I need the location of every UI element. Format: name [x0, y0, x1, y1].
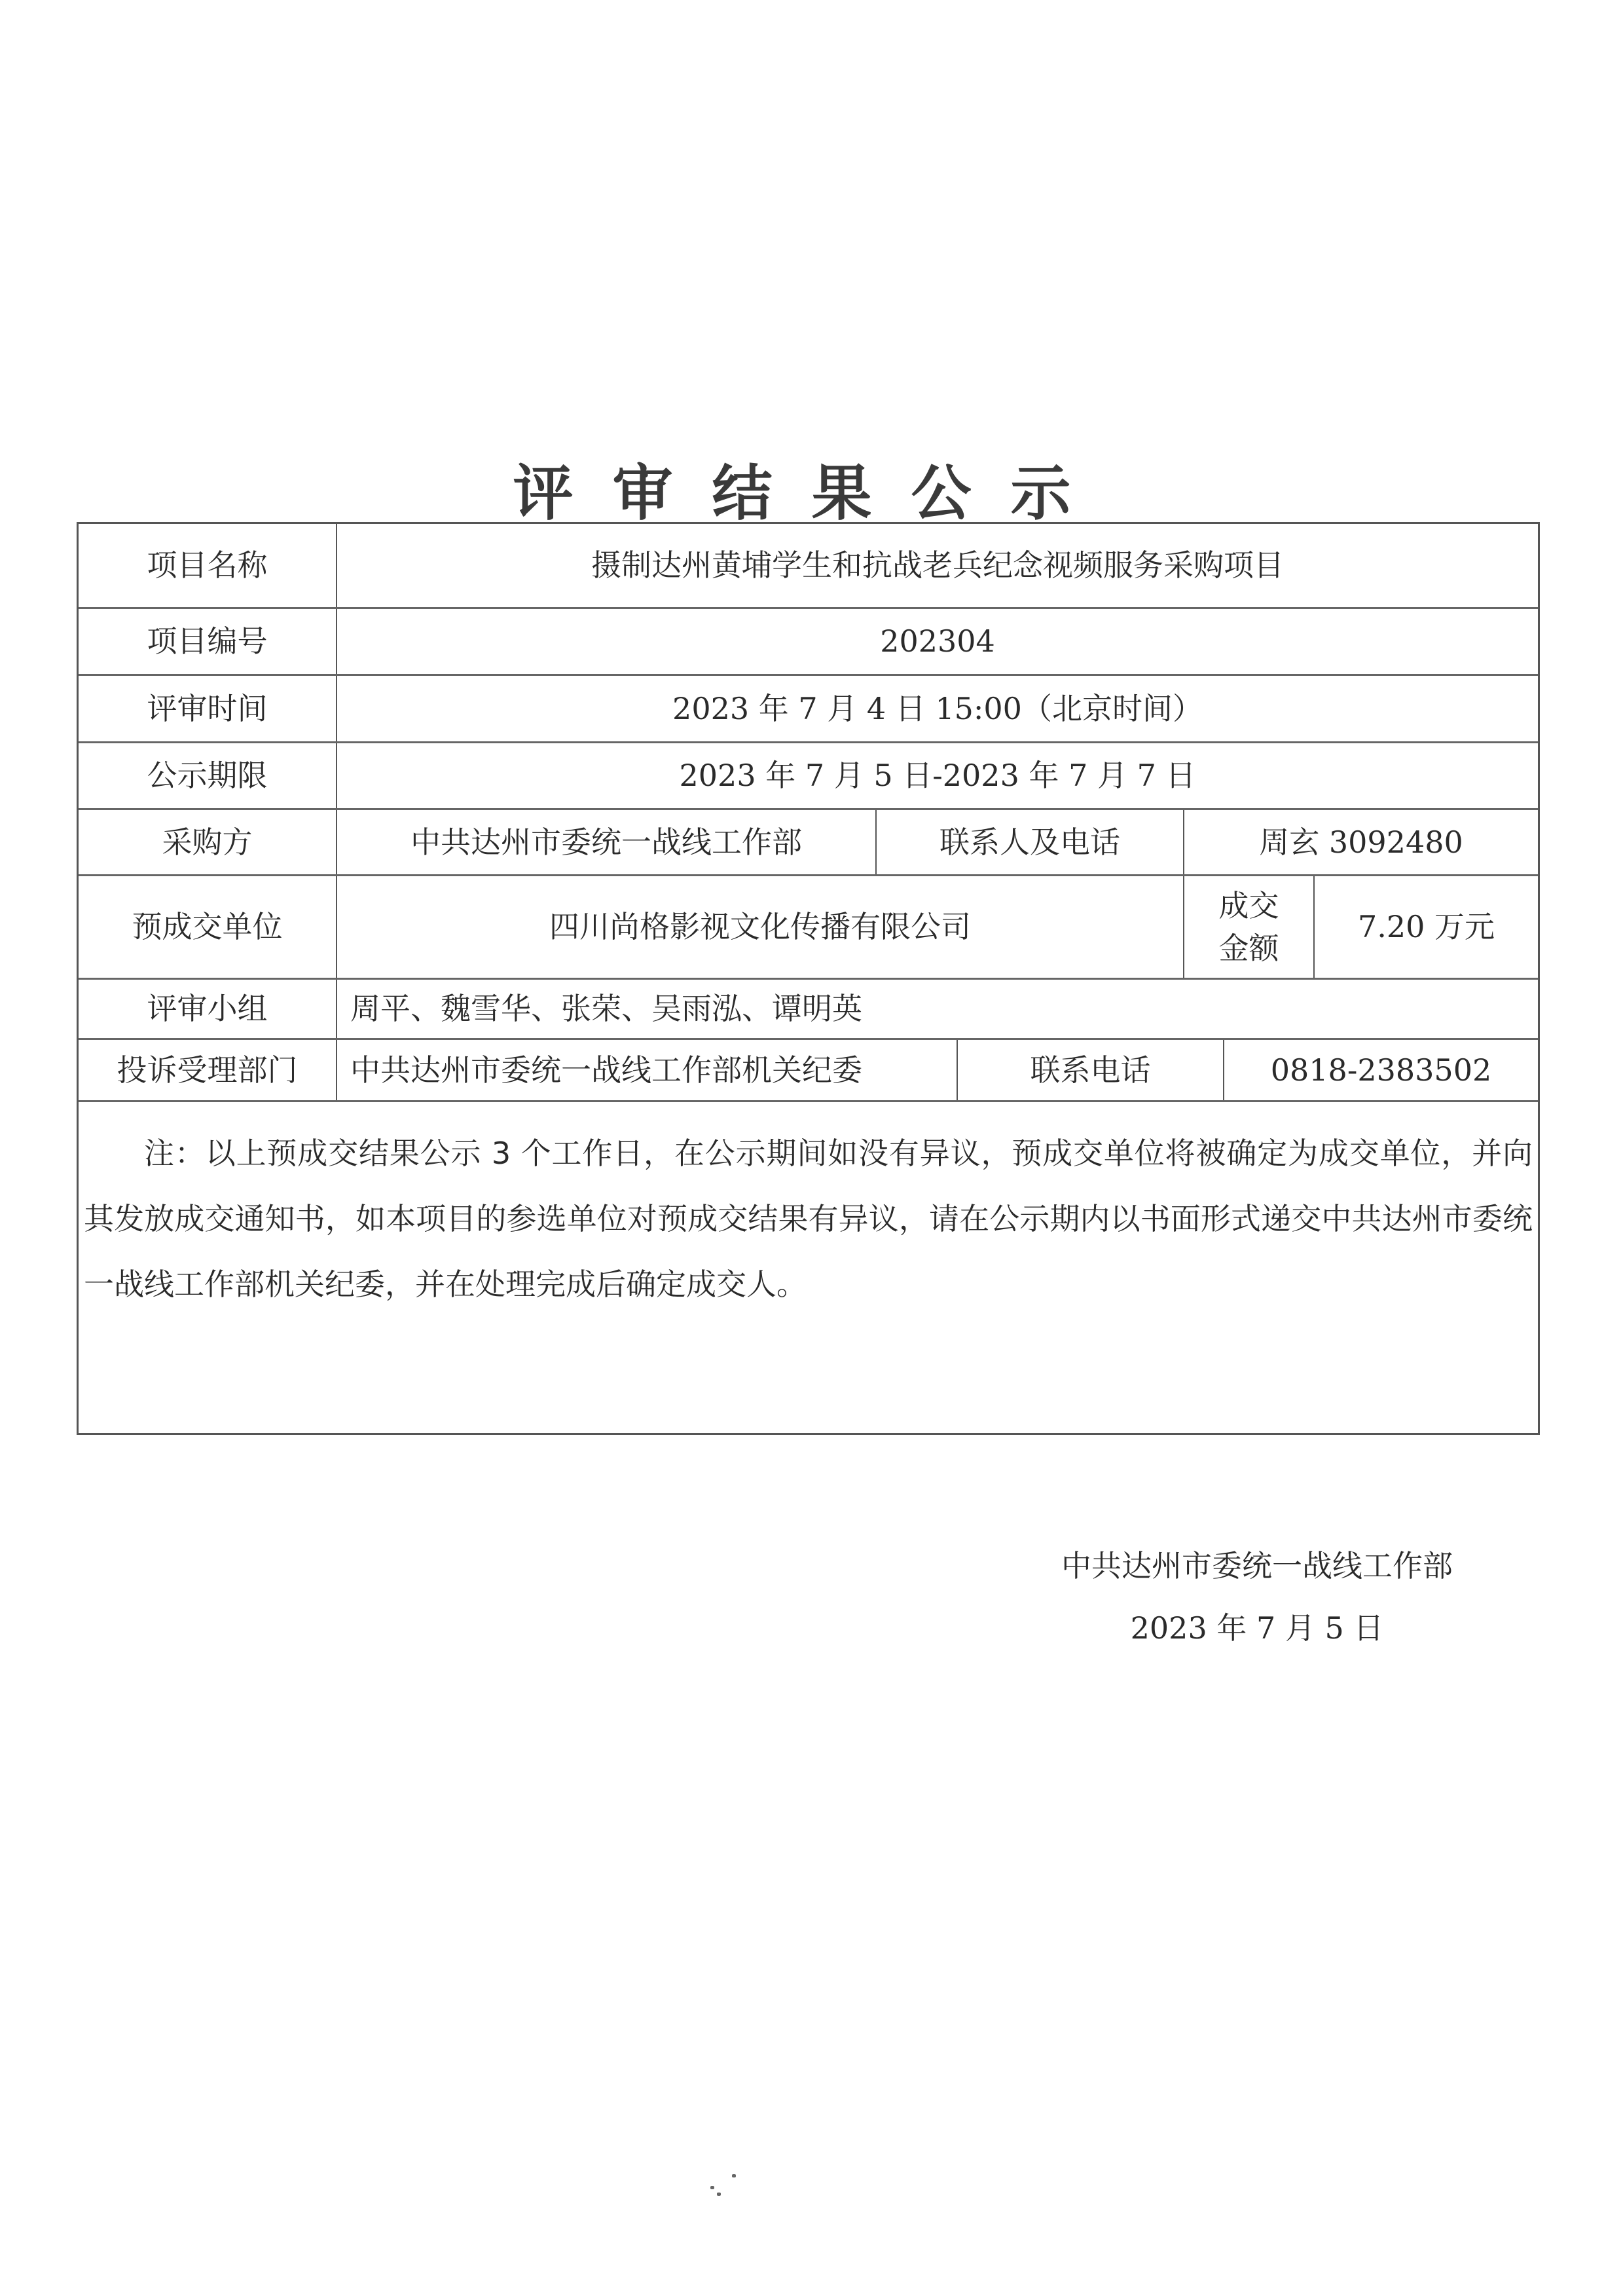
- review-panel-label: 评审小组: [79, 980, 337, 1038]
- complaint-dept-value: 中共达州市委统一战线工作部机关纪委: [337, 1040, 958, 1100]
- table-row-note: 注：以上预成交结果公示 3 个工作日，在公示期间如没有异议，预成交单位将被确定为…: [79, 1102, 1538, 1433]
- review-result-table: 项目名称 摄制达州黄埔学生和抗战老兵纪念视频服务采购项目 项目编号 202304…: [77, 522, 1540, 1435]
- review-panel-value: 周平、魏雪华、张荣、吴雨泓、谭明英: [337, 980, 1538, 1038]
- table-row-purchaser: 采购方 中共达州市委统一战线工作部 联系人及电话 周玄 3092480: [79, 810, 1538, 876]
- table-row-publicity-period: 公示期限 2023 年 7 月 5 日-2023 年 7 月 7 日: [79, 743, 1538, 810]
- table-row-review-panel: 评审小组 周平、魏雪华、张荣、吴雨泓、谭明英: [79, 980, 1538, 1040]
- table-row-winning-bidder: 预成交单位 四川尚格影视文化传播有限公司 成交 金额 7.20 万元: [79, 876, 1538, 980]
- publicity-period-label: 公示期限: [79, 743, 337, 808]
- purchaser-value: 中共达州市委统一战线工作部: [337, 810, 877, 874]
- table-row-complaint-dept: 投诉受理部门 中共达州市委统一战线工作部机关纪委 联系电话 0818-23835…: [79, 1040, 1538, 1102]
- winning-bidder-label: 预成交单位: [79, 876, 337, 978]
- review-time-value: 2023 年 7 月 4 日 15:00（北京时间）: [337, 676, 1538, 741]
- contact-label: 联系人及电话: [877, 810, 1184, 874]
- project-name-label: 项目名称: [79, 524, 337, 607]
- table-row-project-name: 项目名称 摄制达州黄埔学生和抗战老兵纪念视频服务采购项目: [79, 524, 1538, 609]
- amount-value: 7.20 万元: [1315, 876, 1538, 978]
- note-text: 注：以上预成交结果公示 3 个工作日，在公示期间如没有异议，预成交单位将被确定为…: [79, 1102, 1538, 1433]
- page-title: 评审结果公示: [0, 445, 1623, 532]
- review-time-label: 评审时间: [79, 676, 337, 741]
- contact-value: 周玄 3092480: [1184, 810, 1538, 874]
- table-row-project-number: 项目编号 202304: [79, 609, 1538, 676]
- amount-label-line1: 成交: [1219, 885, 1279, 927]
- winning-bidder-value: 四川尚格影视文化传播有限公司: [337, 876, 1184, 978]
- complaint-dept-label: 投诉受理部门: [79, 1040, 337, 1100]
- project-number-label: 项目编号: [79, 609, 337, 674]
- amount-label: 成交 金额: [1184, 876, 1315, 978]
- table-row-review-time: 评审时间 2023 年 7 月 4 日 15:00（北京时间）: [79, 676, 1538, 743]
- project-name-value: 摄制达州黄埔学生和抗战老兵纪念视频服务采购项目: [337, 524, 1538, 607]
- signature-organization: 中共达州市委统一战线工作部: [1021, 1542, 1493, 1585]
- amount-label-line2: 金额: [1219, 927, 1279, 969]
- purchaser-label: 采购方: [79, 810, 337, 874]
- signature-date: 2023 年 7 月 5 日: [1021, 1604, 1493, 1648]
- phone-value: 0818-2383502: [1224, 1040, 1538, 1100]
- project-number-value: 202304: [337, 609, 1538, 674]
- phone-label: 联系电话: [958, 1040, 1224, 1100]
- publicity-period-value: 2023 年 7 月 5 日-2023 年 7 月 7 日: [337, 743, 1538, 808]
